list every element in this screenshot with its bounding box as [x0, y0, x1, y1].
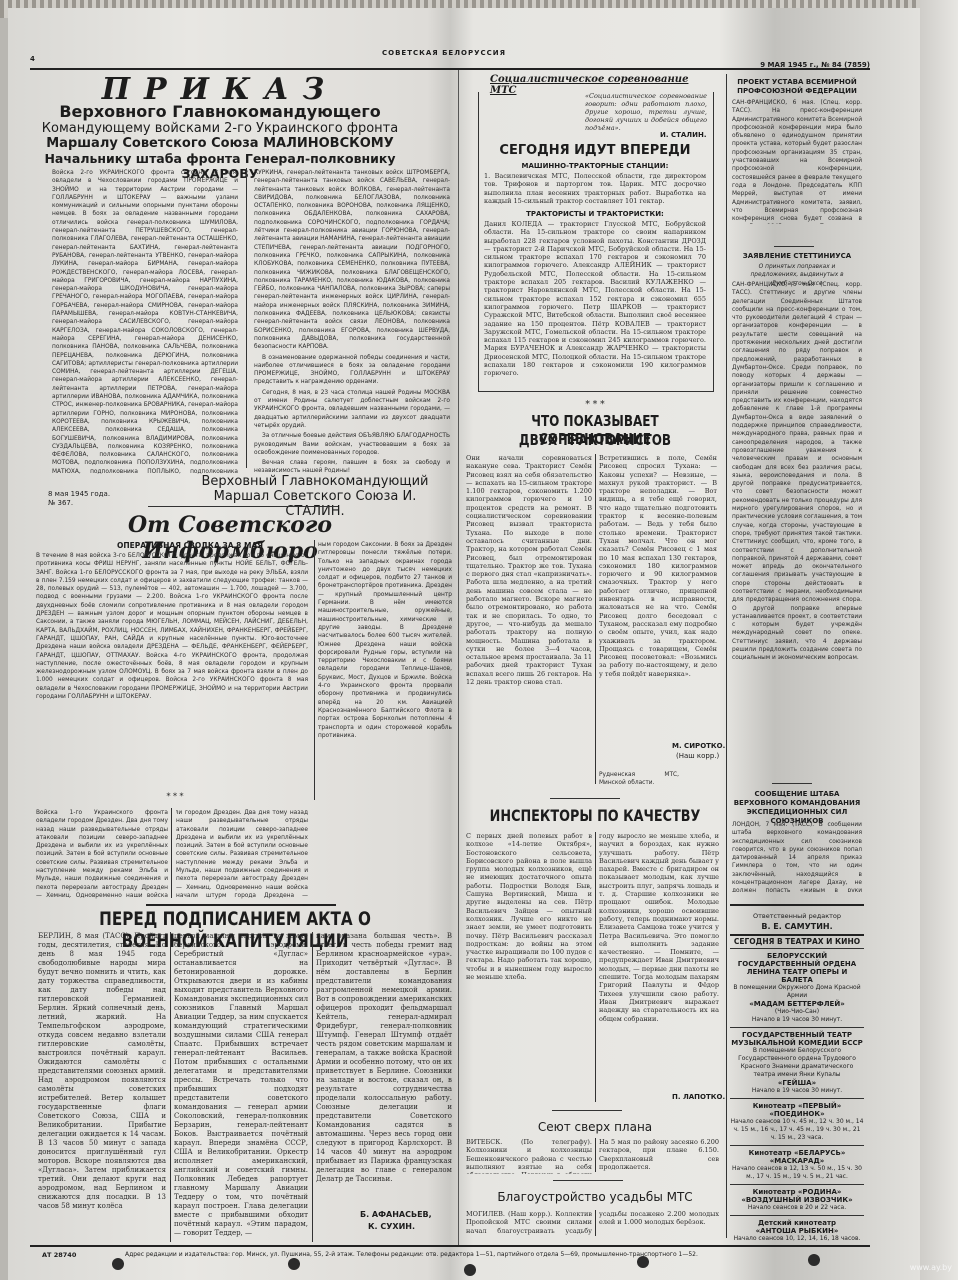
- stettinius-text: САН-ФРАНЦИСКО, 5 мая (Спец. корр. ТАСС).…: [732, 280, 862, 756]
- section-rule: [730, 904, 864, 906]
- theater-time: Начало в 19 часов 30 минут.: [730, 1016, 864, 1024]
- competition-title-line-2: ДВУХ ТРАКТОРИСТОВ: [487, 431, 703, 449]
- theater-show: «ПОЕДИНОК»: [730, 1110, 864, 1118]
- column-divider: [595, 1210, 596, 1236]
- capitulation-column-1: БЕРЛИН, 8 мая (ТАСС). Пройдут годы, деся…: [38, 932, 166, 1244]
- union-title: ПРОЕКТ УСТАВА ВСЕМИРНОЙ ПРОФСОЮЗНОЙ ФЕДЕ…: [732, 78, 862, 96]
- column-divider: [171, 808, 172, 898]
- theater-listing: Кинотеатр «РОДИНА»«ВОЗДУШНЫЙ ИЗВОЗЧИК»На…: [730, 1184, 864, 1215]
- mts-title: СЕГОДНЯ ИДУТ ВПЕРЕДИ: [480, 143, 710, 158]
- mts-section-2-text: Данил КОЛЕДА — тракторист Глусской МТС, …: [484, 220, 706, 388]
- competition-author: М. СИРОТКО.: [672, 742, 725, 750]
- print-code: АТ 28740: [42, 1251, 76, 1259]
- column-divider: [314, 540, 315, 800]
- column-divider: [595, 1138, 596, 1172]
- section-rule: [553, 1180, 623, 1181]
- theater-venue: Детский кинотеатр: [730, 1219, 864, 1227]
- informbyuro-column-1: В течение 8 мая войска 3-го БЕЛОРУССКОГО…: [36, 551, 308, 791]
- capitulation-column-3: нам оказана большая честь». В ответ, в ч…: [316, 932, 452, 1204]
- theater-venue: БЕЛОРУССКИЙ ГОСУДАРСТВЕННЫЙ ОРДЕНА ЛЕНИН…: [730, 952, 864, 984]
- theaters-heading: СЕГОДНЯ В ТЕАТРАХ И КИНО: [730, 937, 864, 946]
- estate-column-2: усадьбы посажено 2.200 молодых елей и 1.…: [599, 1210, 719, 1236]
- masthead-rule: [30, 68, 870, 70]
- inspectors-column-1: С первых дней полевых работ в колхозе «1…: [466, 832, 592, 1104]
- inspectors-column-2: году выросло не меньше хлеба, и научил в…: [599, 832, 719, 1090]
- informbyuro-column-2: ным городом Саксонии. В боях за Дрезден …: [318, 540, 452, 802]
- competition-column-1: Они начали соревноваться накануне сева. …: [466, 454, 592, 784]
- page-number: 4: [30, 55, 35, 63]
- competition-location: Рудненская МТС, Минской области.: [599, 770, 679, 787]
- theater-time: Начало сеансов в 12, 13 ч. 50 м., 15 ч. …: [730, 1165, 864, 1181]
- column-divider: [726, 74, 727, 1238]
- capitulation-author-1: Б. АФАНАСЬЕВ,: [360, 1210, 432, 1219]
- theater-listing: БЕЛОРУССКИЙ ГОСУДАРСТВЕННЫЙ ОРДЕНА ЛЕНИН…: [730, 948, 864, 1027]
- stalin-quote: «Социалистическое соревнование говорит: …: [585, 92, 707, 132]
- prikaz-glory-paragraph: Вечная слава героям, павшим в боях за св…: [254, 458, 450, 474]
- mts-section-1: МАШИННО-ТРАКТОРНЫЕ СТАНЦИИ:: [480, 162, 710, 170]
- prikaz-gratitude-paragraph: За отличные боевые действия ОБЪЯВЛЯЮ БЛА…: [254, 431, 450, 456]
- theater-listing: Детский кинотеатр«АНТОША РЫБКИН»Начало с…: [730, 1215, 864, 1246]
- section-rule: [148, 506, 338, 507]
- editor-label: Ответственный редактор: [730, 912, 864, 920]
- binding-hole: [637, 1256, 649, 1268]
- theater-note: (Чио-Чио-Сан): [730, 1008, 864, 1016]
- prikaz-date: 8 мая 1945 года.: [48, 490, 110, 498]
- editor-name: В. Е. САМУТИН.: [730, 922, 864, 931]
- column-divider: [246, 168, 247, 468]
- theater-venue: Кинотеатр «РОДИНА»: [730, 1188, 864, 1196]
- binding-hole: [288, 1258, 300, 1270]
- competition-column-2: Встретившись в поле, Семён Рисовец спрос…: [599, 454, 717, 690]
- prikaz-addressee-2: Маршалу Советского Союза МАЛИНОВСКОМУ: [30, 136, 410, 151]
- prikaz-column-1: Войска 2-го УКРАИНСКОГО фронта сегодня, …: [52, 168, 238, 474]
- theater-listing: ГОСУДАРСТВЕННЫЙ ТЕАТР МУЗЫКАЛЬНОЙ КОМЕДИ…: [730, 1027, 864, 1098]
- sowing-column-1: ВИТЕБСК. (По телеграфу). Колхозники и ко…: [466, 1138, 592, 1174]
- union-text: САН-ФРАНЦИСКО, 6 мая. (Спец. корр. ТАСС)…: [732, 98, 862, 224]
- inspectors-title: ИНСПЕКТОРЫ ПО КАЧЕСТВУ: [487, 806, 703, 825]
- binding-hole: [808, 1254, 820, 1266]
- prikaz-subtitle: Верховного Главнокомандующего: [30, 102, 410, 121]
- theater-show: «АНТОША РЫБКИН»: [730, 1227, 864, 1235]
- theater-show: «МАСКАРАД»: [730, 1157, 864, 1165]
- prikaz-column-2-names: КУРКИНА, генерал-лейтенанта танковых вой…: [254, 168, 450, 351]
- prikaz-awards-paragraph: В ознаменование одержанной победы соедин…: [254, 353, 450, 386]
- section-rule: [772, 783, 812, 784]
- binding-hole: [464, 1264, 476, 1276]
- theater-place: В помещении Белорусского Государственног…: [730, 1047, 864, 1079]
- prikaz-salute-paragraph: Сегодня, 8 мая, в 23 часа столица нашей …: [254, 388, 450, 429]
- newspaper-title: СОВЕТСКАЯ БЕЛОРУССИЯ: [382, 49, 506, 57]
- theater-venue: Кинотеатр «ПЕРВЫЙ»: [730, 1102, 864, 1110]
- stars-divider: * * *: [160, 792, 190, 801]
- stalin-quote-author: И. СТАЛИН.: [660, 131, 706, 139]
- theater-venue: ГОСУДАРСТВЕННЫЙ ТЕАТР МУЗЫКАЛЬНОЙ КОМЕДИ…: [730, 1031, 864, 1047]
- estate-column-1: МОГИЛЕВ. (Наш корр.). Коллектив Пропойск…: [466, 1210, 592, 1236]
- sowing-column-2: На 5 мая по району засеяно 6.200 гектаро…: [599, 1138, 719, 1174]
- informbyuro-subtitle: ОПЕРАТИВНАЯ СВОДКА ЗА 8 МАЯ: [80, 541, 300, 550]
- section-rule: [146, 904, 336, 906]
- footer-rule: [30, 1245, 870, 1247]
- section-rule: [550, 798, 620, 799]
- dresden-column-2: Войска 1-го Украинского фронта овладели …: [176, 808, 308, 900]
- page-fold: [458, 70, 459, 1246]
- shaef-text: ЛОНДОН, 7 мая. (ТАСС). В сообщении штаба…: [732, 820, 862, 892]
- column-divider: [170, 932, 171, 1242]
- column-divider: [312, 932, 313, 1242]
- theater-listing: Кинотеатр «ПЕРВЫЙ»«ПОЕДИНОК»Начало сеанс…: [730, 1098, 864, 1145]
- next-page-edge: [920, 0, 958, 1280]
- capitulation-author-2: К. СУХИН.: [368, 1222, 415, 1231]
- theater-time: Начало сеансов 10, 12, 14, 16, 18 часов.: [730, 1235, 864, 1243]
- prikaz-column-2: КУРКИНА, генерал-лейтенанта танковых вой…: [254, 168, 450, 474]
- prikaz-number: № 367.: [48, 499, 73, 507]
- binding-hole: [112, 1258, 124, 1270]
- column-divider: [595, 832, 596, 1102]
- theaters-list: БЕЛОРУССКИЙ ГОСУДАРСТВЕННЫЙ ОРДЕНА ЛЕНИН…: [730, 948, 864, 1246]
- theater-show: «ГЕЙША»: [730, 1079, 864, 1087]
- theater-show: «МАДАМ БЕТТЕРФЛЕЙ»: [730, 1000, 864, 1008]
- prikaz-addressee-1: Командующему войсками 2-го Украинского ф…: [30, 121, 410, 136]
- competition-author-note: (Наш корр.): [676, 752, 719, 760]
- capitulation-column-2: первой машины чертили по земле берлинско…: [174, 932, 308, 1244]
- section-rule: [730, 934, 864, 936]
- prikaz-signature-title: Верховный Главнокомандующий: [190, 474, 440, 489]
- section-rule: [774, 246, 814, 247]
- theater-place: В помещении Окружного Дома Красной Армии: [730, 984, 864, 1000]
- mts-section-1-text: 1. Василевичская МТС, Полесской области,…: [484, 172, 706, 212]
- footer-address: Адрес редакции и издательства: гор. Минс…: [125, 1251, 815, 1258]
- watermark: www.ay.by: [910, 1263, 952, 1272]
- theater-listing: Кинотеатр «БЕЛАРУСЬ»«МАСКАРАД»Начало сеа…: [730, 1145, 864, 1184]
- dresden-column-1: Войска 1-го Украинского фронта овладели …: [36, 808, 168, 900]
- estate-title: Благоустройство усадьбы МТС: [460, 1190, 730, 1204]
- section-rule: [552, 1110, 622, 1111]
- mts-section-2: ТРАКТОРИСТЫ И ТРАКТОРИСТКИ:: [480, 210, 710, 218]
- theater-time: Начало в 19 часов 30 минут.: [730, 1087, 864, 1095]
- theater-time: Начало сеансов в 20 и 22 часа.: [730, 1204, 864, 1212]
- stettinius-title: ЗАЯВЛЕНИЕ СТЕТТИНИУСА: [732, 252, 862, 260]
- inspectors-author: П. ЛАПОТКО.: [672, 1093, 725, 1101]
- stars-divider: * * *: [575, 400, 615, 410]
- theater-show: «ВОЗДУШНЫЙ ИЗВОЗЧИК»: [730, 1196, 864, 1204]
- column-divider: [595, 454, 596, 784]
- theater-venue: Кинотеатр «БЕЛАРУСЬ»: [730, 1149, 864, 1157]
- theater-time: Начало сеансов 10 ч. 45 м., 12 ч. 30 м.,…: [730, 1118, 864, 1142]
- sowing-title: Сеют сверх плана: [460, 1120, 730, 1134]
